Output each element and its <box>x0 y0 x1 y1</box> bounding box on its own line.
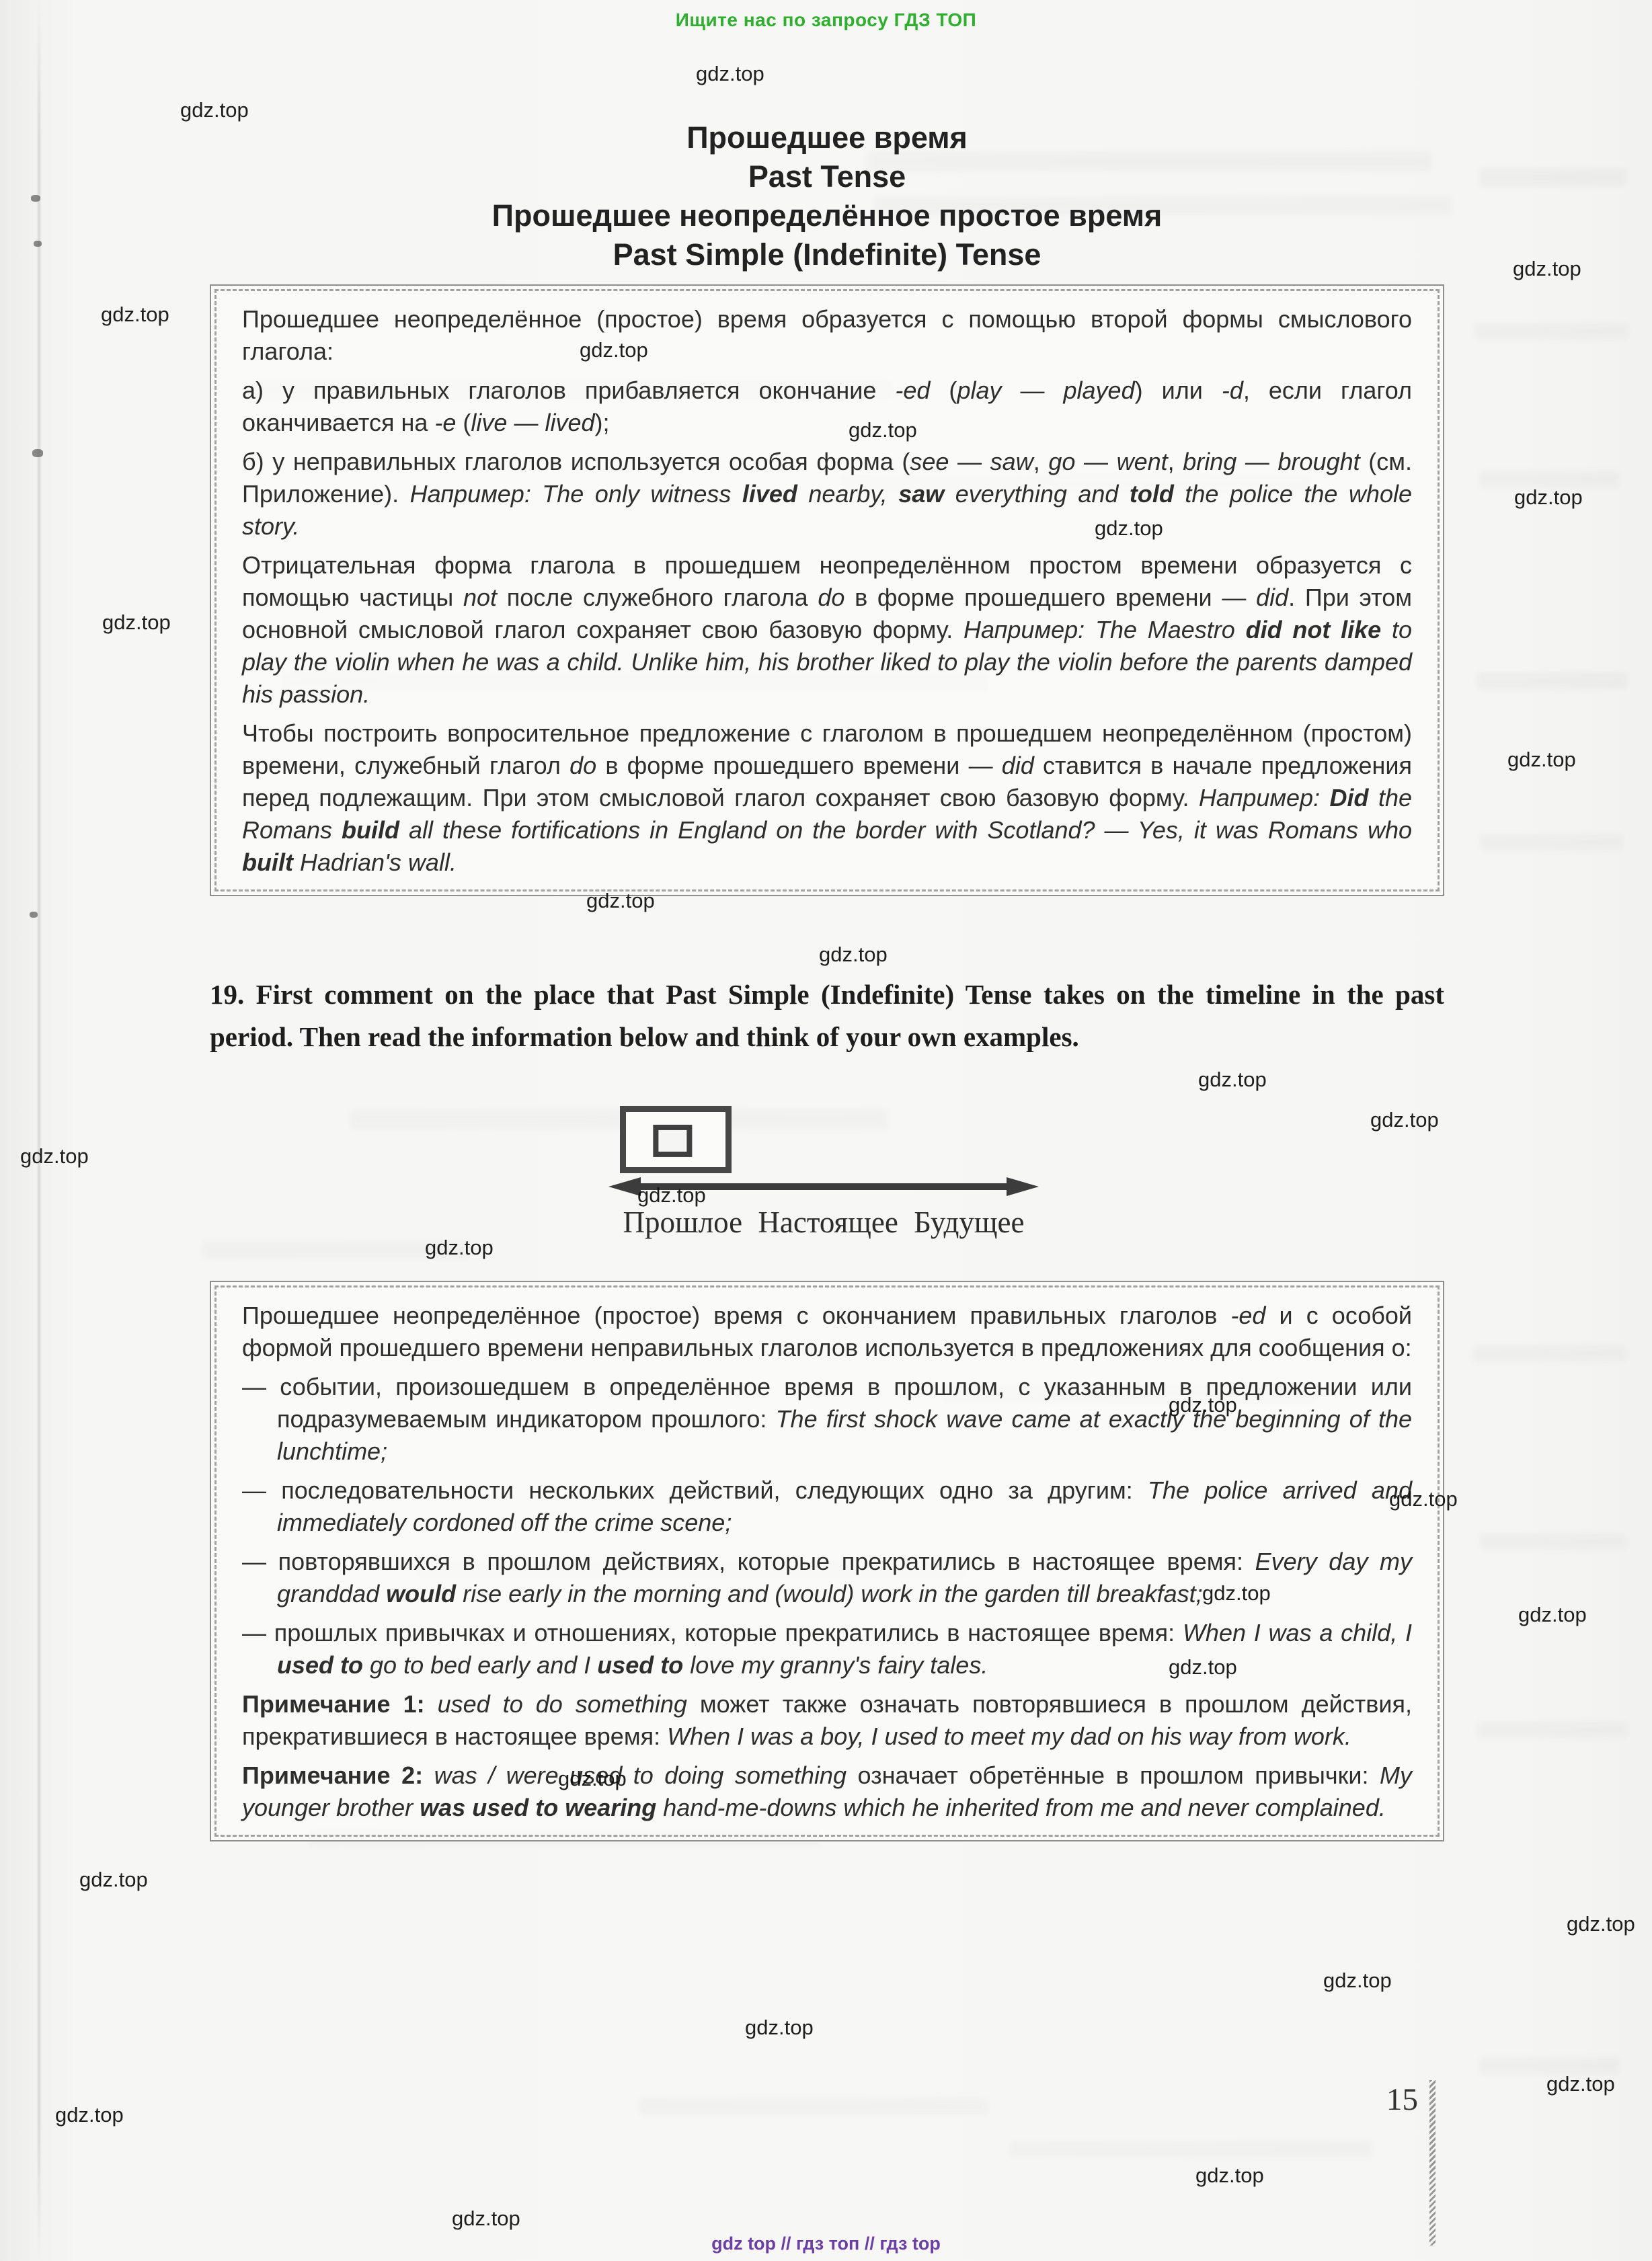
text-run: see <box>910 448 949 475</box>
grammar-box-1: Прошедшее неопределённое (простое) время… <box>210 284 1444 896</box>
text-run: played <box>1064 376 1135 404</box>
gdz-watermark: gdz.top <box>849 418 917 442</box>
page-title: Прошедшее время Past Tense Прошедшее нео… <box>210 118 1444 274</box>
bullet-item: — последовательности нескольких действий… <box>242 1474 1412 1539</box>
text-run: built <box>242 848 293 876</box>
gdz-watermark: gdz.top <box>745 2016 814 2040</box>
scanned-textbook-page: Ищите нас по запросу ГДЗ ТОП Прошедшее в… <box>0 0 1652 2261</box>
text-run: Например: The Maestro <box>963 616 1246 643</box>
text-run: означает обретённые в прошлом привычки: <box>847 1761 1380 1789</box>
gdz-watermark: gdz.top <box>425 1236 494 1260</box>
gdz-watermark: gdz.top <box>1518 1603 1587 1627</box>
text-run: do <box>818 584 844 611</box>
title-line-russian-past-tense: Прошедшее время <box>210 118 1444 157</box>
gdz-watermark: gdz.top <box>558 1767 627 1791</box>
gdz-watermark: gdz.top <box>586 889 655 913</box>
gdz-watermark: gdz.top <box>1567 1912 1635 1936</box>
ghost-line <box>1479 834 1624 851</box>
text-run: hand-me-downs which he inherited from me… <box>656 1794 1386 1821</box>
page-edge-hatch <box>1429 2080 1435 2246</box>
text-run: — <box>1075 448 1116 475</box>
gdz-watermark: gdz.top <box>1198 1068 1267 1092</box>
page-number: 15 <box>1386 2081 1418 2118</box>
text-run: — последовательности нескольких действий… <box>242 1476 1148 1504</box>
text-run: rise early in the morning and (would) wo… <box>456 1580 1203 1608</box>
gdz-watermark: gdz.top <box>452 2207 520 2231</box>
gdz-watermark: gdz.top <box>1389 1487 1458 1511</box>
paragraph: Отрицательная форма глагола в прошедшем … <box>242 549 1412 711</box>
text-run: -d <box>1222 376 1243 404</box>
text-run: после служебного глагола <box>497 584 818 611</box>
text-run: Hadrian's wall. <box>293 848 457 876</box>
gdz-watermark: gdz.top <box>1323 1969 1392 1993</box>
exercise-19-text: 19. First comment on the place that Past… <box>210 974 1444 1058</box>
text-run: not <box>463 584 497 611</box>
text-run: Например: <box>1199 784 1330 811</box>
text-run: love my granny's fairy tales. <box>683 1651 988 1679</box>
title-line-russian-past-simple: Прошедшее неопределённое простое время <box>210 196 1444 235</box>
gdz-watermark: gdz.top <box>180 98 249 122</box>
site-header-note: Ищите нас по запросу ГДЗ ТОП <box>0 9 1652 31</box>
grammar-box-2: Прошедшее неопределённое (простое) время… <box>210 1281 1444 1841</box>
text-run: — <box>1236 448 1277 475</box>
text-run: was used to wearing <box>420 1794 656 1821</box>
text-run: , <box>1033 448 1049 475</box>
text-run: nearby, <box>797 480 898 508</box>
text-run: brought <box>1278 448 1360 475</box>
paragraph: б) у неправильных глаголов используется … <box>242 446 1412 543</box>
title-line-past-tense: Past Tense <box>210 157 1444 196</box>
text-run: all these fortifications in England on t… <box>399 816 1412 844</box>
ghost-line <box>1474 323 1628 340</box>
text-run: — прошлых привычках и отношениях, которы… <box>242 1619 1183 1647</box>
gdz-watermark: gdz.top <box>79 1868 148 1892</box>
text-run: did <box>1256 584 1288 611</box>
binding-speck <box>30 912 38 918</box>
ghost-line <box>639 2098 988 2115</box>
gdz-watermark: gdz.top <box>101 303 169 327</box>
text-run: play <box>957 376 1001 404</box>
text-run: Примечание 2: <box>242 1761 434 1789</box>
text-run: used to <box>277 1651 363 1679</box>
text-run: -ed <box>1230 1302 1265 1329</box>
gdz-watermark: gdz.top <box>20 1144 89 1168</box>
text-run: — повторявшихся в прошлом действиях, кот… <box>242 1548 1255 1575</box>
gdz-watermark: gdz.top <box>1095 516 1163 541</box>
binding-speck <box>31 195 40 202</box>
text-run: lived <box>742 480 797 508</box>
gdz-watermark: gdz.top <box>102 610 171 635</box>
text-run: used to do something <box>438 1690 687 1718</box>
gdz-watermark: gdz.top <box>637 1183 706 1207</box>
ghost-line <box>1477 1721 1628 1739</box>
gdz-watermark: gdz.top <box>1513 257 1581 281</box>
text-run: Прошедшее неопределённое (простое) время… <box>242 1302 1230 1329</box>
text-run: live <box>471 409 507 436</box>
text-run: would <box>386 1580 456 1608</box>
paragraph: Чтобы построить вопросительное предложен… <box>242 717 1412 879</box>
gdz-watermark: gdz.top <box>55 2103 124 2127</box>
text-run: told <box>1130 480 1174 508</box>
text-run: When I was a child, I <box>1183 1619 1412 1647</box>
text-run: everything and <box>944 480 1130 508</box>
gdz-watermark: gdz.top <box>1169 1393 1237 1417</box>
text-run: в форме прошедшего времени — <box>596 752 1002 779</box>
text-run: go <box>1048 448 1075 475</box>
gdz-watermark: gdz.top <box>1507 748 1576 772</box>
note-paragraph: Примечание 2: was / were used to doing s… <box>242 1759 1412 1824</box>
text-run: а) у правильных глаголов прибавляется ок… <box>242 376 895 404</box>
text-run: Did <box>1330 784 1369 811</box>
timeline-caption: Прошлое Настоящее Будущее <box>578 1205 1069 1240</box>
ghost-line <box>350 1109 888 1129</box>
text-run: saw <box>990 448 1033 475</box>
timeline-frame-icon <box>620 1106 732 1173</box>
text-run: went <box>1117 448 1168 475</box>
text-run: — <box>1001 376 1063 404</box>
gdz-watermark: gdz.top <box>1546 2072 1615 2096</box>
text-run: ( <box>930 376 957 404</box>
text-run: Например: The only witness <box>410 480 742 508</box>
note-paragraph: Примечание 1: used to do something может… <box>242 1688 1412 1753</box>
text-run: build <box>342 816 399 844</box>
binding-speck <box>34 241 42 247</box>
text-run: lived <box>545 409 594 436</box>
text-run: When I was a boy, I used to meet my dad … <box>667 1722 1351 1750</box>
text-run: -ed <box>895 376 930 404</box>
text-run: ); <box>595 409 610 436</box>
gdz-watermark: gdz.top <box>580 338 648 362</box>
text-run: б) у неправильных глаголов используется … <box>242 448 910 475</box>
ghost-line <box>1009 2141 1372 2157</box>
paragraph: а) у правильных глаголов прибавляется ок… <box>242 374 1412 439</box>
text-run: bring <box>1183 448 1236 475</box>
gdz-watermark: gdz.top <box>1514 485 1583 510</box>
text-run: used to <box>597 1651 683 1679</box>
paragraph: Прошедшее неопределённое (простое) время… <box>242 1300 1412 1364</box>
ghost-line <box>1479 1533 1627 1550</box>
timeline-frame-icon-inner <box>653 1125 692 1157</box>
text-run: — <box>949 448 990 475</box>
ghost-line <box>1479 168 1627 187</box>
arrow-right-head <box>1007 1177 1039 1196</box>
text-run: -e <box>434 409 456 436</box>
text-run: в форме прошедшего времени — <box>844 584 1256 611</box>
gdz-watermark: gdz.top <box>1202 1581 1271 1605</box>
text-run: ( <box>456 409 471 436</box>
title-line-past-simple: Past Simple (Indefinite) Tense <box>210 235 1444 274</box>
gdz-watermark: gdz.top <box>1195 2164 1264 2188</box>
text-run: , <box>1168 448 1183 475</box>
paragraph: Прошедшее неопределённое (простое) время… <box>242 303 1412 368</box>
text-run: ) или <box>1135 376 1222 404</box>
ghost-line <box>1472 1345 1627 1362</box>
ghost-line <box>1477 672 1628 690</box>
text-run: did <box>1002 752 1034 779</box>
gdz-watermark: gdz.top <box>819 943 888 967</box>
page-fold-line <box>38 0 40 2261</box>
binding-speck <box>32 449 43 457</box>
gdz-watermark: gdz.top <box>696 62 764 86</box>
text-run: go to bed early and I <box>363 1651 597 1679</box>
site-footer-note: gdz top // гдз топ // гдз top <box>0 2233 1652 2254</box>
gdz-watermark: gdz.top <box>1169 1655 1237 1679</box>
text-run: do <box>569 752 596 779</box>
bullet-item: — событии, произошедшем в определённое в… <box>242 1371 1412 1468</box>
text-run: Примечание 1: <box>242 1690 438 1718</box>
text-run: Прошедшее неопределённое (простое) время… <box>242 305 1412 365</box>
text-run: did not like <box>1246 616 1382 643</box>
gdz-watermark: gdz.top <box>1370 1108 1439 1132</box>
text-run: saw <box>898 480 944 508</box>
text-run: — <box>507 409 545 436</box>
text-run: was / were used to doing something <box>434 1761 847 1789</box>
